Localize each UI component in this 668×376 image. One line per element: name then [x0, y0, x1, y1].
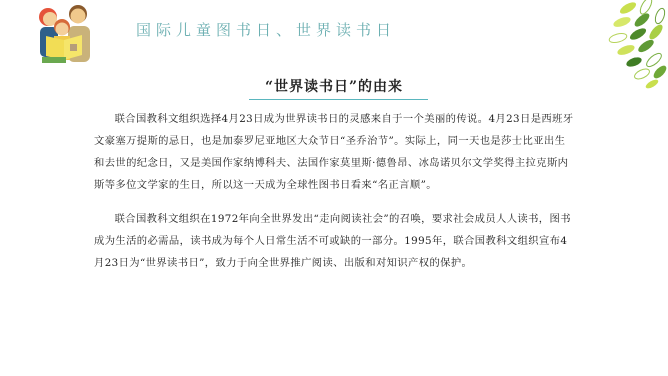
section-title: “世界读书日”的由来	[0, 76, 668, 96]
title-divider	[249, 99, 428, 100]
paragraph-origin: 联合国教科文组织选择4月23日成为世界读书日的灵感来自于一个美丽的传说。4月23…	[94, 108, 574, 196]
paragraph-history: 联合国教科文组织在1972年向全世界发出“走向阅读社会”的召唤，要求社会成员人人…	[94, 208, 574, 274]
header-title: 国际儿童图书日、世界读书日	[136, 19, 396, 40]
family-reading-illustration	[34, 2, 96, 64]
